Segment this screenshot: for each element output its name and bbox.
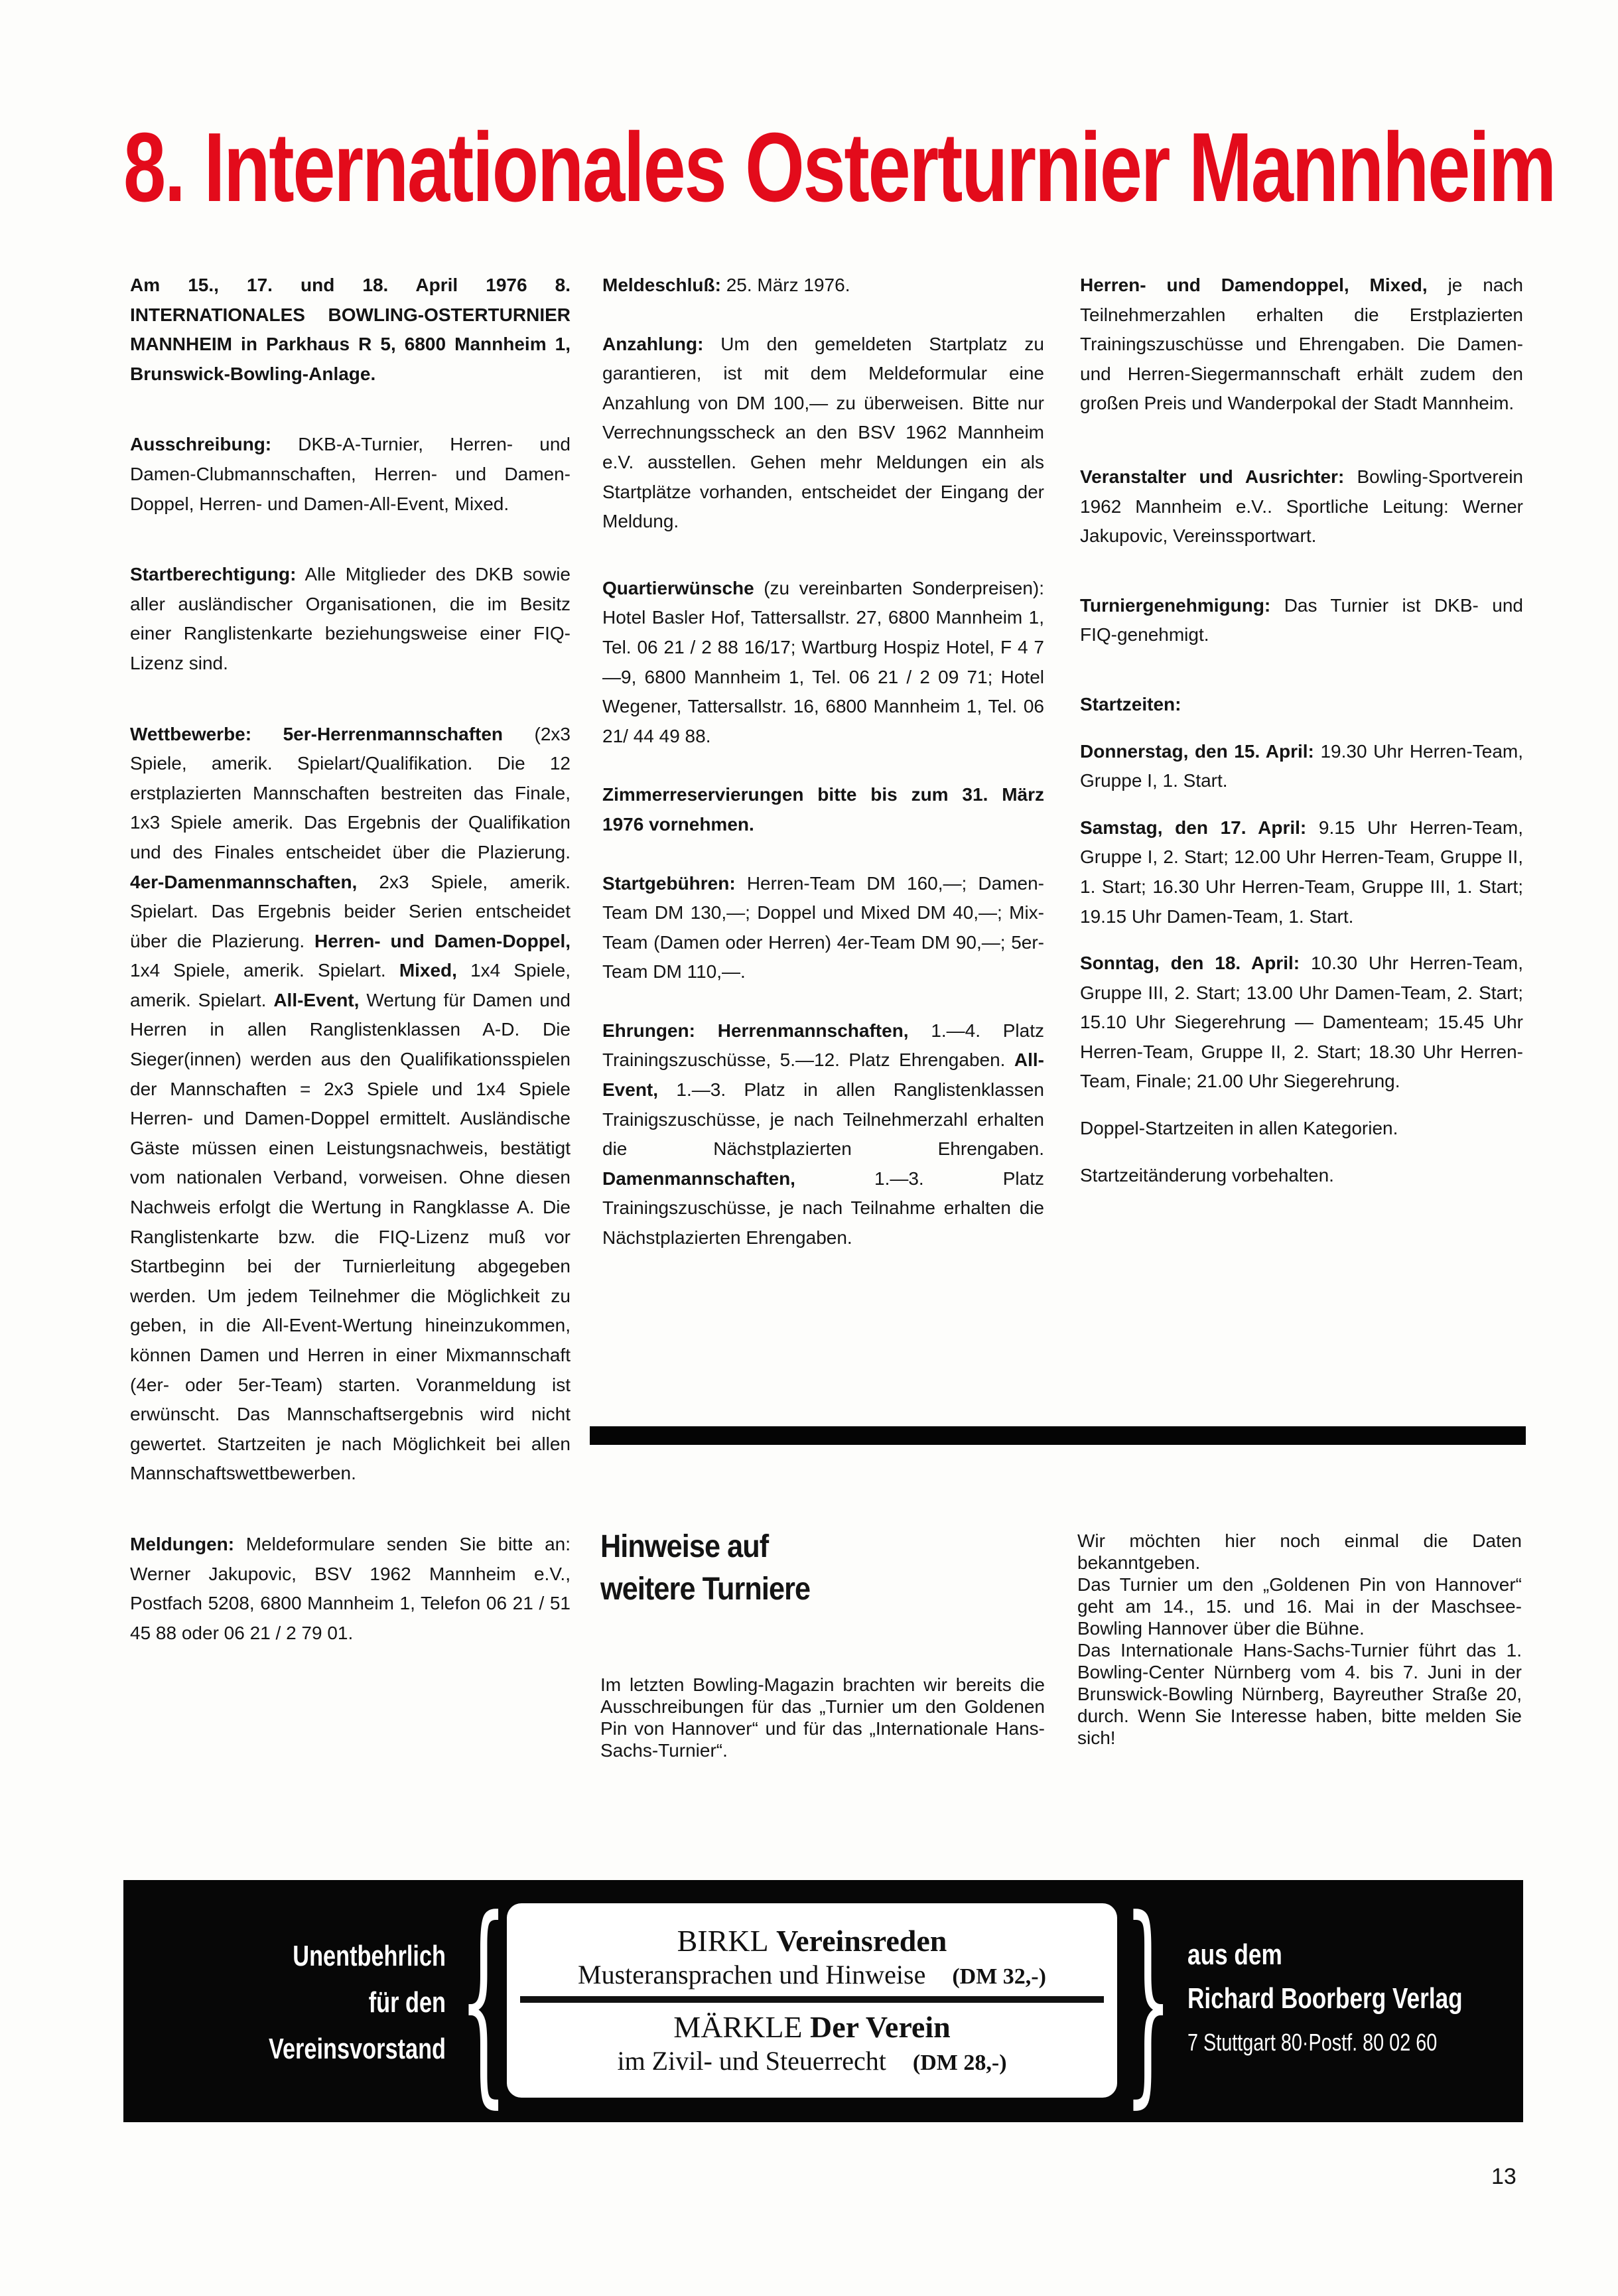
ehrungen-paragraph: Ehrungen: Herrenmannschaften, 1.—4. Plat… xyxy=(602,1016,1044,1253)
ausschreibung-paragraph: Ausschreibung: DKB-A-Turnier, Herren- un… xyxy=(130,430,571,519)
ehrungen-text-2: 1.—3. Platz in allen Ranglistenklassen T… xyxy=(602,1079,1044,1159)
zimmer-text: Zimmerreservierungen bitte bis zum 31. M… xyxy=(602,784,1044,835)
section-divider-bar xyxy=(590,1426,1526,1445)
right-brace-icon: } xyxy=(1124,1900,1172,2099)
hinweise-body-2-p2: Das Turnier um den „Goldenen Pin von Han… xyxy=(1077,1574,1522,1639)
book-subtitle: Musteransprachen und Hinweise xyxy=(578,1960,925,1990)
ad-publisher-address: 7 Stuttgart 80·Postf. 80 02 60 xyxy=(1187,2021,1463,2064)
hinweise-heading-line-2: weitere Turniere xyxy=(600,1568,810,1611)
genehmigung-label: Turniergenehmigung: xyxy=(1080,595,1270,616)
intro-paragraph: Am 15., 17. und 18. April 1976 8. INTERN… xyxy=(130,271,571,389)
hinweise-body-2-p1: Wir möchten hier noch einmal die Daten b… xyxy=(1077,1530,1522,1574)
ad-publisher-intro: aus dem xyxy=(1187,1933,1463,1977)
meldungen-label: Meldungen: xyxy=(130,1534,234,1554)
wettbewerbe-bold-3: Herren- und Damen-Doppel, xyxy=(314,931,571,951)
book-price: (DM 32,-) xyxy=(952,1964,1046,1989)
ad-tagline-line: für den xyxy=(194,1980,446,2026)
wettbewerbe-label: Wettbewerbe: xyxy=(130,724,251,744)
meldeschluss-text: 25. März 1976. xyxy=(721,275,850,295)
startberechtigung-paragraph: Startberechtigung: Alle Mitglieder des D… xyxy=(130,560,571,678)
ad-book-divider xyxy=(520,1996,1104,2003)
quartier-paragraph: Quartierwünsche (zu vereinbarten Sonderp… xyxy=(602,574,1044,752)
startzeit-donnerstag: Donnerstag, den 15. April: 19.30 Uhr Her… xyxy=(1080,737,1523,796)
column-3: Herren- und Damendoppel, Mixed, je nach … xyxy=(1080,271,1523,1207)
startzeit-vorbehalt-note: Startzeitänderung vorbehalten. xyxy=(1080,1161,1523,1191)
book-author: MÄRKLE xyxy=(673,2010,802,2044)
startzeiten-heading: Startzeiten: xyxy=(1080,690,1523,720)
startzeit-day: Donnerstag, den 15. April: xyxy=(1080,741,1314,762)
hinweise-heading-line-1: Hinweise auf xyxy=(600,1526,810,1568)
meldungen-paragraph: Meldungen: Meldeformulare senden Sie bit… xyxy=(130,1530,571,1648)
ad-tagline-line: Unentbehrlich xyxy=(194,1933,446,1980)
startzeit-text: 10.30 Uhr Herren-Team, Gruppe III, 2. St… xyxy=(1080,953,1523,1091)
wettbewerbe-paragraph: Wettbewerbe: 5er-Herrenmannschaften (2x3… xyxy=(130,720,571,1489)
startzeit-sonntag: Sonntag, den 18. April: 10.30 Uhr Herren… xyxy=(1080,949,1523,1097)
hinweise-body-2: Wir möchten hier noch einmal die Daten b… xyxy=(1077,1530,1522,1749)
book-price: (DM 28,-) xyxy=(913,2051,1007,2075)
anzahlung-paragraph: Anzahlung: Um den gemeldeten Startplatz … xyxy=(602,330,1044,537)
startgebuehren-paragraph: Startgebühren: Herren-Team DM 160,—; Dam… xyxy=(602,869,1044,987)
ad-publisher-name: Richard Boorberg Verlag xyxy=(1187,1977,1463,2021)
page-title-text: 8. Internationales Osterturnier Mannheim xyxy=(123,113,1555,222)
wettbewerbe-text-5: Wertung für Damen und Herren in allen Ra… xyxy=(130,990,571,1484)
ausschreibung-label: Ausschreibung: xyxy=(130,434,271,454)
wettbewerbe-bold-4: Mixed, xyxy=(399,960,457,980)
startzeiten-label: Startzeiten: xyxy=(1080,694,1181,714)
left-brace-icon: { xyxy=(459,1900,507,2099)
book-author: BIRKL xyxy=(677,1924,769,1958)
advertisement-banner: Unentbehrlich für den Vereinsvorstand { … xyxy=(123,1880,1523,2122)
genehmigung-paragraph: Turniergenehmigung: Das Turnier ist DKB-… xyxy=(1080,591,1523,650)
startzeit-day: Sonntag, den 18. April: xyxy=(1080,953,1300,973)
doppel-paragraph: Herren- und Damendoppel, Mixed, je nach … xyxy=(1080,271,1523,419)
quartier-text: (zu vereinbarten Sonderpreisen): Hotel B… xyxy=(602,578,1044,746)
doppel-startzeiten-note: Doppel-Startzeiten in allen Kategorien. xyxy=(1080,1114,1523,1144)
meldeschluss-label: Meldeschluß: xyxy=(602,275,721,295)
column-2: Meldeschluß: 25. März 1976. Anzahlung: U… xyxy=(602,271,1044,1294)
ad-book-panel: BIRKL Vereinsreden Musteransprachen und … xyxy=(507,1903,1117,2098)
wettbewerbe-bold-2: 4er-Damenmannschaften, xyxy=(130,872,357,892)
wettbewerbe-bold-1: 5er-Herrenmannschaften xyxy=(251,724,503,744)
hinweise-heading: Hinweise auf weitere Turniere xyxy=(600,1526,810,1611)
ad-book-1: BIRKL Vereinsreden Musteransprachen und … xyxy=(507,1923,1117,1993)
wettbewerbe-bold-5: All-Event, xyxy=(273,990,359,1010)
ehrungen-bold-3: Damenmannschaften, xyxy=(602,1168,795,1189)
page-title: 8. Internationales Osterturnier Mannheim xyxy=(123,118,1221,218)
anzahlung-text: Um den gemeldeten Startplatz zu garantie… xyxy=(602,334,1044,532)
startzeit-samstag: Samstag, den 17. April: 9.15 Uhr Herren-… xyxy=(1080,813,1523,931)
book-subtitle: im Zivil- und Steuerrecht xyxy=(617,2046,886,2076)
column-1: Am 15., 17. und 18. April 1976 8. INTERN… xyxy=(130,271,571,1689)
ad-tagline-line: Vereinsvorstand xyxy=(194,2026,446,2072)
veranstalter-paragraph: Veranstalter und Ausrichter: Bowling-Spo… xyxy=(1080,462,1523,551)
startgebuehren-label: Startgebühren: xyxy=(602,873,736,894)
doppel-text: je nach Teilnehmerzahlen erhalten die Er… xyxy=(1080,275,1523,413)
startberechtigung-label: Startberechtigung: xyxy=(130,564,296,584)
ad-book-2: MÄRKLE Der Verein im Zivil- und Steuerre… xyxy=(507,2009,1117,2079)
book-title: Vereinsreden xyxy=(776,1924,947,1958)
anzahlung-label: Anzahlung: xyxy=(602,334,703,354)
book-title: Der Verein xyxy=(810,2010,951,2044)
intro-text: Am 15., 17. und 18. April 1976 8. INTERN… xyxy=(130,275,571,384)
quartier-label: Quartierwünsche xyxy=(602,578,754,598)
page-number: 13 xyxy=(1491,2164,1517,2190)
ehrungen-bold-1: Herrenmannschaften, xyxy=(695,1020,909,1041)
startzeit-day: Samstag, den 17. April: xyxy=(1080,817,1306,838)
veranstalter-label: Veranstalter und Ausrichter: xyxy=(1080,466,1344,487)
doppel-label: Herren- und Damendoppel, Mixed, xyxy=(1080,275,1428,295)
meldeschluss-paragraph: Meldeschluß: 25. März 1976. xyxy=(602,271,1044,301)
ad-publisher: aus dem Richard Boorberg Verlag 7 Stuttg… xyxy=(1187,1933,1531,2064)
wettbewerbe-text-3: 1x4 Spiele, amerik. Spielart. xyxy=(130,960,399,980)
ad-tagline: Unentbehrlich für den Vereinsvorstand xyxy=(123,1933,446,2072)
zimmer-paragraph: Zimmerreservierungen bitte bis zum 31. M… xyxy=(602,780,1044,839)
hinweise-body-2-p3: Das Internationale Hans-Sachs-Turnier fü… xyxy=(1077,1639,1522,1749)
hinweise-body-1: Im letzten Bowling-Magazin brachten wir … xyxy=(600,1674,1045,1761)
ehrungen-label: Ehrungen: xyxy=(602,1020,695,1041)
